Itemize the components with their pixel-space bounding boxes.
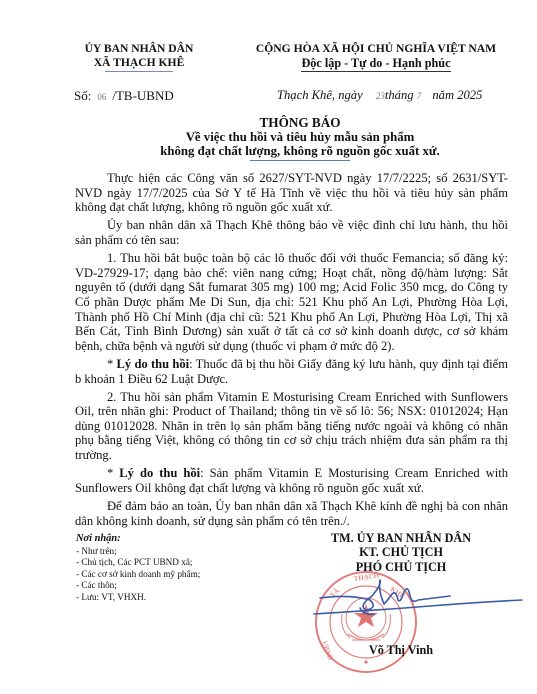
document-page: ỦY BAN NHÂN DÂN XÃ THẠCH KHÊ CỘNG HÒA XÃ… <box>0 0 537 694</box>
date-month-label: tháng <box>385 88 414 102</box>
document-body: Thực hiện các Công văn số 2627/SYT-NVD n… <box>75 171 508 532</box>
date-year: năm 2025 <box>432 88 482 102</box>
handwritten-signature-icon <box>300 570 530 630</box>
title-underline <box>250 160 350 161</box>
date-place: Thạch Khê, ngày <box>277 88 363 102</box>
date-day: 23 <box>366 91 385 101</box>
agency-line-1: ỦY BAN NHÂN DÂN <box>62 42 216 56</box>
title-main: THÔNG BÁO <box>100 116 500 130</box>
recipient-item: - Các cơ sở kinh doanh mỹ phẩm; <box>76 569 200 581</box>
paragraph-reason-1: * Lý do thu hồi: Thuốc đã bị thu hồi Giấ… <box>75 357 508 386</box>
paragraph-closing: Để đảm bảo an toàn, Ủy ban nhân dân xã T… <box>75 499 508 528</box>
agency-underline <box>105 71 173 72</box>
paragraph-reason-2: * Lý do thu hồi: Sản phẩm Vitamin E Most… <box>75 466 508 495</box>
date-month: 7 <box>417 91 430 101</box>
document-number: Số:06/TB-UBND <box>74 88 174 104</box>
title-subject-2: không đạt chất lượng, không rõ nguồn gốc… <box>100 144 500 158</box>
number-suffix: /TB-UBND <box>112 88 173 103</box>
issuing-agency: ỦY BAN NHÂN DÂN XÃ THẠCH KHÊ <box>62 42 216 72</box>
number-prefix: Số: <box>74 88 91 103</box>
national-header: CỘNG HÒA XÃ HỘI CHỦ NGHĨA VIỆT NAM Độc l… <box>238 42 514 72</box>
signature-line-2: KT. CHỦ TỊCH <box>293 545 509 559</box>
signer-name: Võ Thị Vinh <box>293 643 509 658</box>
title-subject-1: Về việc thu hồi và tiêu hủy mẫu sản phẩm <box>100 130 500 144</box>
number-value: 06 <box>91 92 112 102</box>
recipients-label: Nơi nhận: <box>76 533 200 545</box>
recipient-item: - Các thôn; <box>76 580 200 592</box>
document-title: THÔNG BÁO Về việc thu hồi và tiêu hủy mẫ… <box>100 116 500 161</box>
recipient-item: - Lưu: VT, VHXH. <box>76 592 200 604</box>
reason-2-label: Lý do thu hồi <box>119 466 200 480</box>
reason-1-label: Lý do thu hồi <box>117 357 190 371</box>
document-date: Thạch Khê, ngày 23tháng 7 năm 2025 <box>277 88 482 103</box>
paragraph-item-2: 2. Thu hồi sản phẩm Vitamin E Mosturisin… <box>75 390 508 463</box>
paragraph-item-1: 1. Thu hồi bắt buộc toàn bộ các lô thuốc… <box>75 251 508 353</box>
recipient-item: - Chủ tịch, Các PCT UBND xã; <box>76 557 200 569</box>
agency-line-2: XÃ THẠCH KHÊ <box>62 56 216 70</box>
paragraph-announcement: Ủy ban nhân dân xã Thạch Khê thông báo v… <box>75 218 508 247</box>
recipient-item: - Như trên; <box>76 546 200 558</box>
nation-name: CỘNG HÒA XÃ HỘI CHỦ NGHĨA VIỆT NAM <box>238 42 514 56</box>
signature-line-1: TM. ỦY BAN NHÂN DÂN <box>293 531 509 545</box>
recipients-list: Nơi nhận: - Như trên; - Chủ tịch, Các PC… <box>76 533 200 603</box>
national-motto: Độc lập - Tự do - Hạnh phúc <box>238 56 514 70</box>
motto-underline <box>301 71 451 72</box>
paragraph-reference: Thực hiện các Công văn số 2627/SYT-NVD n… <box>75 171 508 215</box>
signature-block: TM. ỦY BAN NHÂN DÂN KT. CHỦ TỊCH PHÓ CHỦ… <box>293 531 509 574</box>
